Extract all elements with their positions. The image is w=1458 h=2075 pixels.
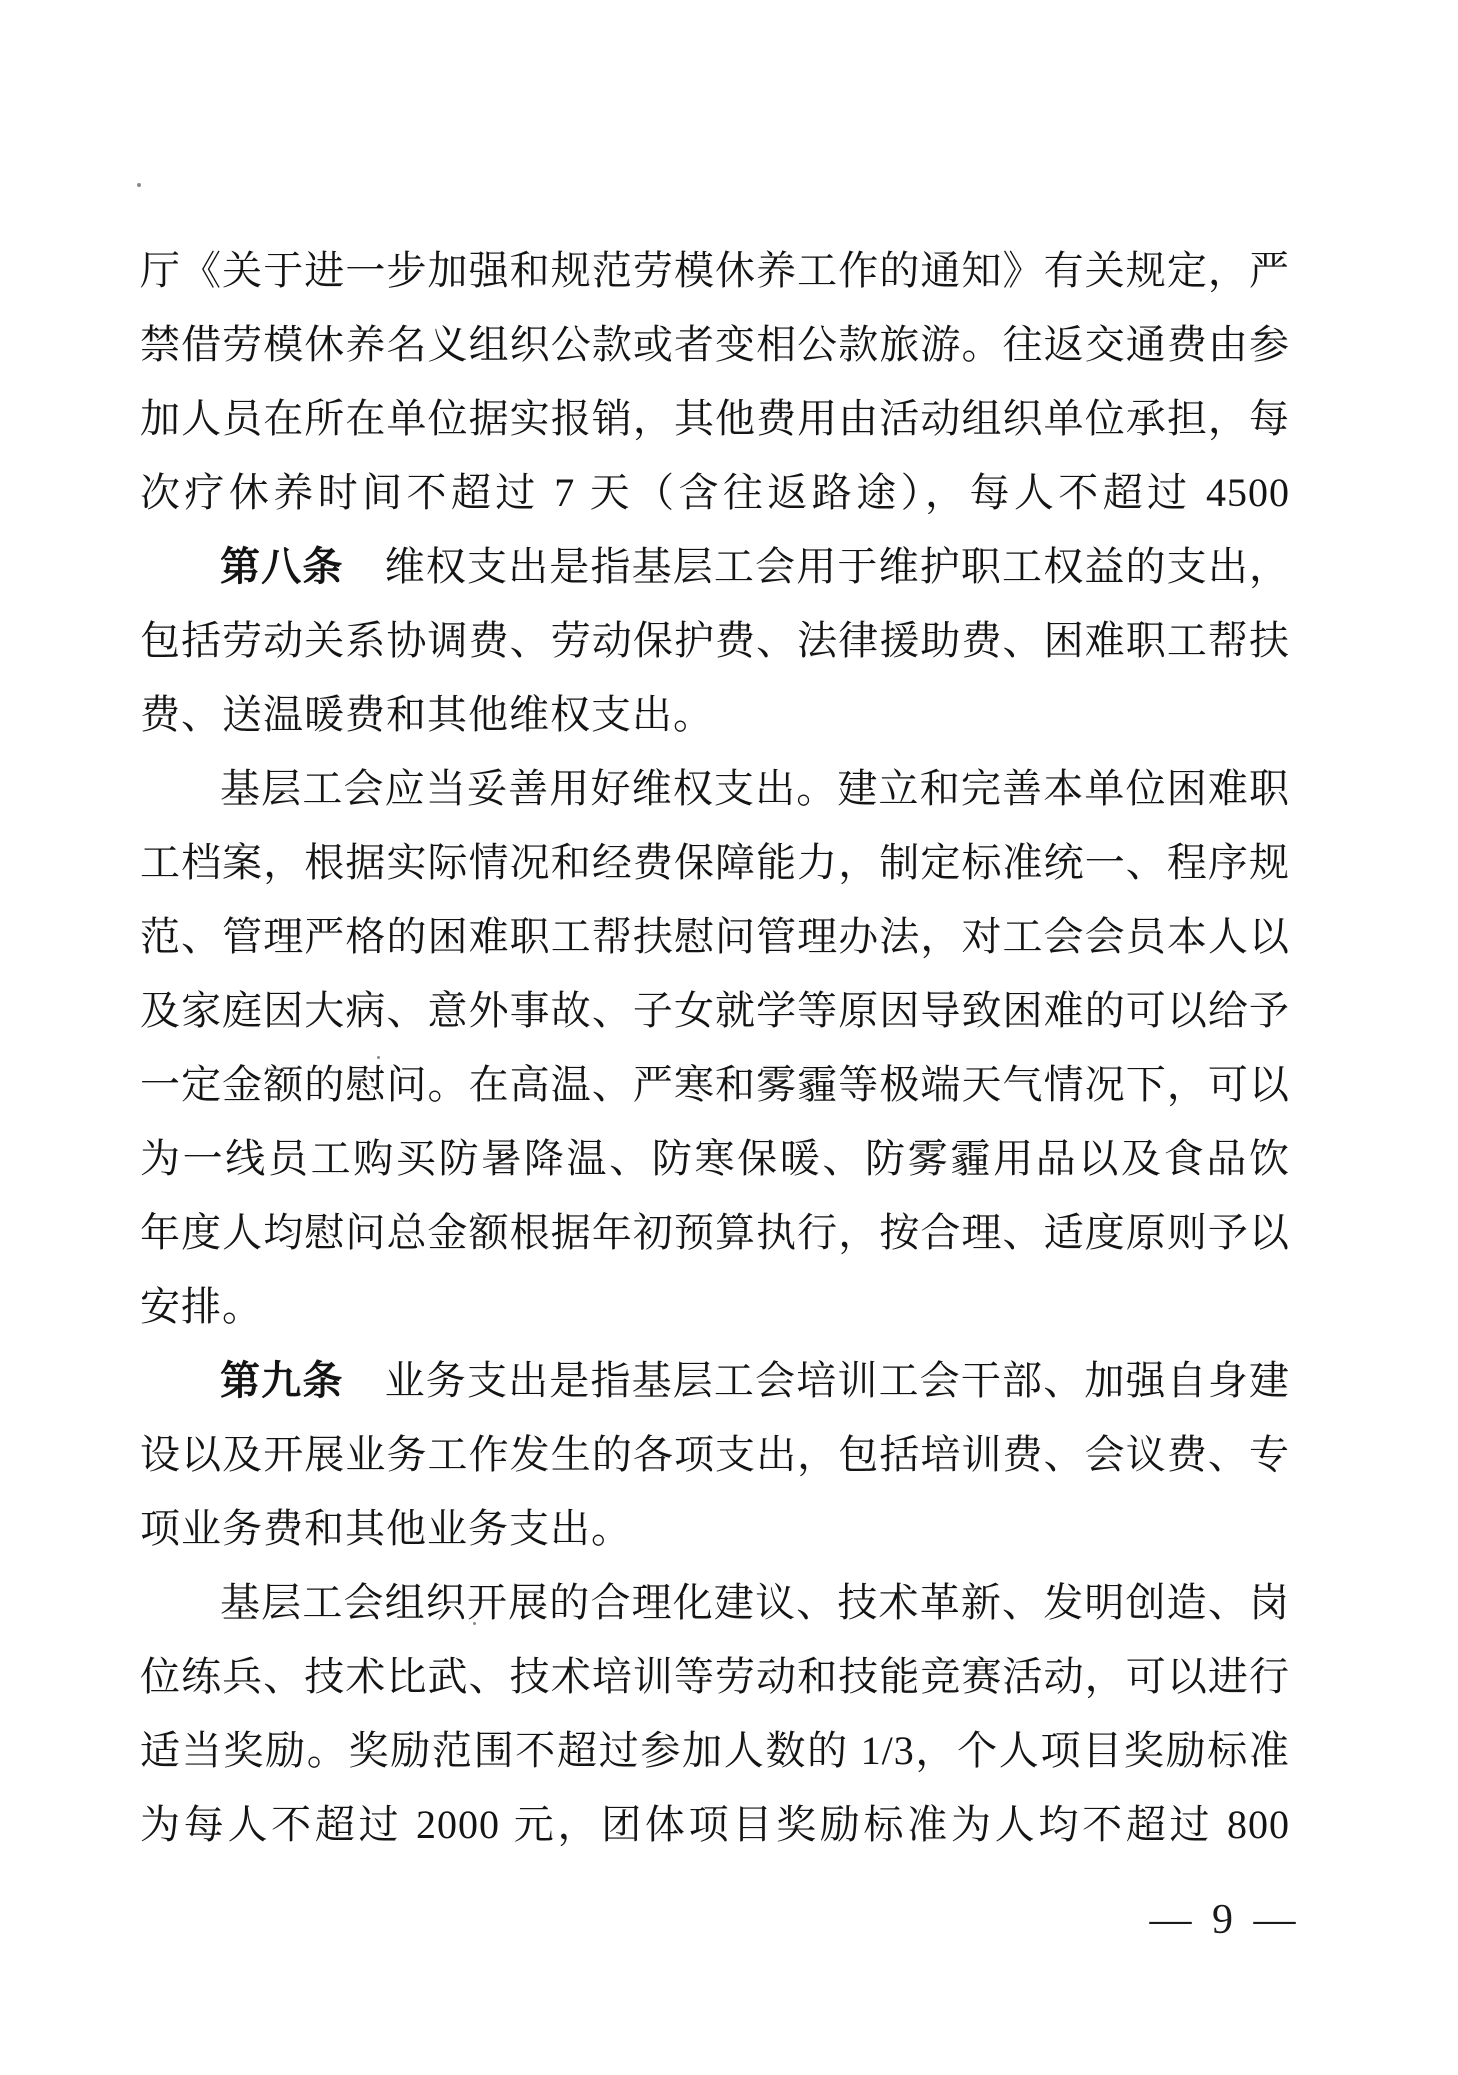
text-line-content: 范、管理严格的困难职工帮扶慰问管理办法，对工会会员本人以 — [140, 914, 1290, 959]
text-line: 包括劳动关系协调费、劳动保护费、法律援助费、困难职工帮扶 — [140, 604, 1290, 678]
text-line: 厅《关于进一步加强和规范劳模休养工作的通知》有关规定，严 — [140, 234, 1290, 308]
text-line-content: 为每人不超过 2000 元，团体项目奖励标准为人均不超过 800 元。 — [140, 1802, 1290, 1862]
text-line: 及家庭因大病、意外事故、子女就学等原因导致困难的可以给予 — [140, 974, 1290, 1048]
text-line-content: 一定金额的慰问。在高温、严寒和雾霾等极端天气情况下，可以 — [140, 1062, 1290, 1107]
text-line: 为一线员工购买防暑降温、防寒保暖、防雾霾用品以及食品饮料。 — [140, 1122, 1290, 1196]
text-line: 安排。 — [140, 1270, 1290, 1344]
text-line-content: 次疗休养时间不超过 7 天（含往返路途），每人不超过 4500 元。 — [140, 470, 1290, 530]
text-line-content: 工档案，根据实际情况和经费保障能力，制定标准统一、程序规 — [140, 840, 1290, 885]
text-line: 项业务费和其他业务支出。 — [140, 1492, 1290, 1566]
text-line-content: 加人员在所在单位据实报销，其他费用由活动组织单位承担，每 — [140, 396, 1290, 441]
article-term: 第八条 — [220, 545, 343, 589]
scan-speck — [473, 1622, 476, 1625]
text-line-content: 业务支出是指基层工会培训工会干部、加强自身建 — [343, 1358, 1290, 1403]
text-line-content: 适当奖励。奖励范围不超过参加人数的 1/3，个人项目奖励标准 — [140, 1728, 1290, 1773]
text-line-content: 项业务费和其他业务支出。 — [140, 1506, 632, 1551]
text-line: 费、送温暖费和其他维权支出。 — [140, 678, 1290, 752]
text-line-content: 包括劳动关系协调费、劳动保护费、法律援助费、困难职工帮扶 — [140, 618, 1290, 663]
text-line: 禁借劳模休养名义组织公款或者变相公款旅游。往返交通费由参 — [140, 308, 1290, 382]
text-line-content: 禁借劳模休养名义组织公款或者变相公款旅游。往返交通费由参 — [140, 322, 1290, 367]
text-line: 工档案，根据实际情况和经费保障能力，制定标准统一、程序规 — [140, 826, 1290, 900]
text-line-content: 维权支出是指基层工会用于维护职工权益的支出， — [343, 544, 1290, 589]
text-line-content: 厅《关于进一步加强和规范劳模休养工作的通知》有关规定，严 — [140, 248, 1290, 293]
text-line: 加人员在所在单位据实报销，其他费用由活动组织单位承担，每 — [140, 382, 1290, 456]
article-term: 第九条 — [220, 1359, 343, 1403]
text-line-content: 为一线员工购买防暑降温、防寒保暖、防雾霾用品以及食品饮料。 — [140, 1136, 1290, 1196]
scan-speck — [137, 183, 141, 187]
text-line: 基层工会应当妥善用好维权支出。建立和完善本单位困难职 — [140, 752, 1290, 826]
text-line: 次疗休养时间不超过 7 天（含往返路途），每人不超过 4500 元。 — [140, 456, 1290, 530]
text-line: 一定金额的慰问。在高温、严寒和雾霾等极端天气情况下，可以 — [140, 1048, 1290, 1122]
scan-speck — [377, 1056, 380, 1059]
text-line: 位练兵、技术比武、技术培训等劳动和技能竞赛活动，可以进行 — [140, 1640, 1290, 1714]
document-text-block: 厅《关于进一步加强和规范劳模休养工作的通知》有关规定，严 禁借劳模休养名义组织公… — [140, 234, 1290, 1862]
text-line-content: 安排。 — [140, 1284, 263, 1329]
text-line: 范、管理严格的困难职工帮扶慰问管理办法，对工会会员本人以 — [140, 900, 1290, 974]
text-line: 基层工会组织开展的合理化建议、技术革新、发明创造、岗 — [140, 1566, 1290, 1640]
page-number: — 9 — — [1060, 1895, 1390, 1945]
text-line: 年度人均慰问总金额根据年初预算执行，按合理、适度原则予以 — [140, 1196, 1290, 1270]
text-line: 适当奖励。奖励范围不超过参加人数的 1/3，个人项目奖励标准 — [140, 1714, 1290, 1788]
text-line-content: 位练兵、技术比武、技术培训等劳动和技能竞赛活动，可以进行 — [140, 1654, 1290, 1699]
text-line-article-9: 第九条 业务支出是指基层工会培训工会干部、加强自身建 — [140, 1344, 1290, 1418]
text-line-article-8: 第八条 维权支出是指基层工会用于维护职工权益的支出， — [140, 530, 1290, 604]
text-line: 设以及开展业务工作发生的各项支出，包括培训费、会议费、专 — [140, 1418, 1290, 1492]
text-line-content: 及家庭因大病、意外事故、子女就学等原因导致困难的可以给予 — [140, 988, 1290, 1033]
text-line-content: 基层工会应当妥善用好维权支出。建立和完善本单位困难职 — [220, 766, 1290, 811]
text-line-content: 费、送温暖费和其他维权支出。 — [140, 692, 714, 737]
text-line-content: 基层工会组织开展的合理化建议、技术革新、发明创造、岗 — [220, 1580, 1290, 1625]
text-line-content: 年度人均慰问总金额根据年初预算执行，按合理、适度原则予以 — [140, 1210, 1290, 1255]
text-line-content: 设以及开展业务工作发生的各项支出，包括培训费、会议费、专 — [140, 1432, 1290, 1477]
text-line: 为每人不超过 2000 元，团体项目奖励标准为人均不超过 800 元。 — [140, 1788, 1290, 1862]
